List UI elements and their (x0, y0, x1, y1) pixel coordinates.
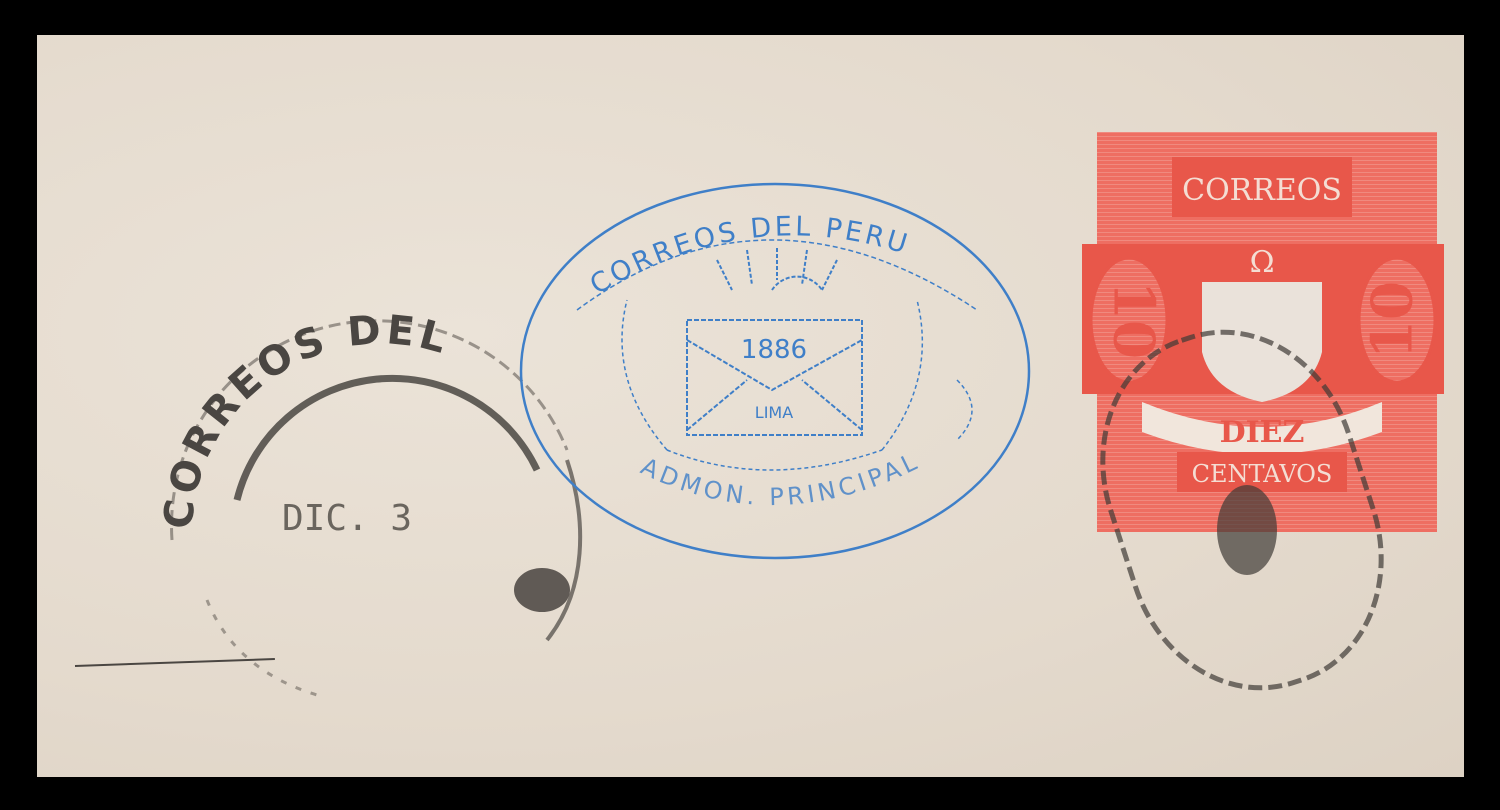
envelope: CORREOS DEL DIC. 3 CORREOS DEL PERU (37, 35, 1464, 777)
svg-text:1886: 1886 (741, 335, 807, 365)
oval-cancellation (1097, 320, 1387, 700)
svg-text:Ω: Ω (1250, 245, 1275, 280)
svg-text:LIMA: LIMA (755, 403, 793, 422)
svg-text:ADMON. PRINCIPAL: ADMON. PRINCIPAL (637, 446, 925, 511)
blue-oval-handstamp: CORREOS DEL PERU 1886 LIMA ADMON. PRINCI… (517, 180, 1033, 562)
date-text: DIC. 3 (282, 498, 412, 539)
svg-text:CORREOS DEL PERU: CORREOS DEL PERU (585, 211, 914, 301)
svg-text:CORREOS: CORREOS (1182, 173, 1342, 208)
